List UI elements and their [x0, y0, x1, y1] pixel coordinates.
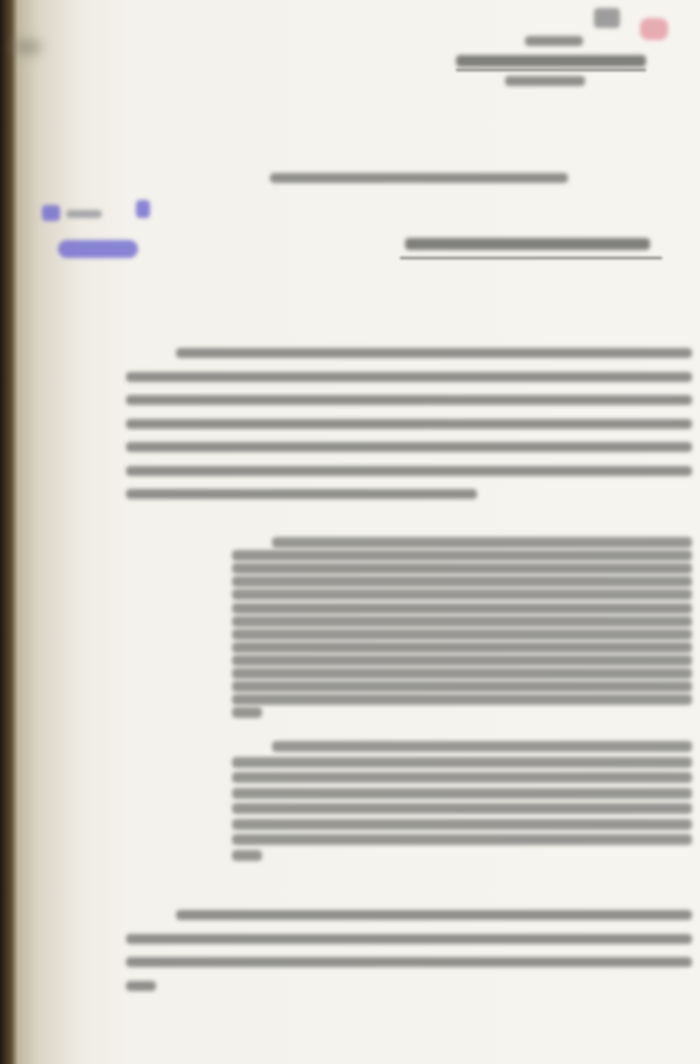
text-line — [126, 372, 692, 382]
text-line — [126, 934, 692, 944]
text-line — [232, 694, 692, 705]
text-line — [232, 772, 692, 783]
text-line — [232, 603, 692, 614]
text-line — [232, 788, 692, 799]
header-line-3 — [505, 76, 585, 86]
header-line-2 — [456, 55, 646, 67]
text-line — [232, 629, 692, 640]
header-underline — [456, 69, 646, 71]
text-line — [232, 707, 262, 718]
text-line — [232, 681, 692, 692]
handwriting-stroke-3 — [136, 200, 150, 218]
binding-edge — [0, 0, 18, 1064]
document-title — [405, 238, 650, 250]
text-line — [126, 489, 477, 499]
text-line — [232, 642, 692, 653]
text-line — [232, 655, 692, 666]
binding-smudge — [12, 40, 42, 54]
title-underline — [400, 257, 662, 259]
text-line — [232, 803, 692, 814]
text-line — [232, 589, 692, 600]
handwriting-stroke-1 — [42, 205, 60, 221]
text-line — [232, 563, 692, 574]
text-line — [126, 395, 692, 405]
text-line — [176, 910, 692, 920]
page-number-mark — [594, 8, 620, 28]
text-line — [232, 616, 692, 627]
text-line — [272, 741, 692, 752]
text-line — [272, 537, 692, 548]
text-line — [232, 757, 692, 768]
text-line — [232, 850, 262, 861]
text-line — [232, 819, 692, 830]
paper-page — [0, 0, 700, 1064]
text-line — [232, 550, 692, 561]
text-line — [126, 442, 692, 452]
text-line — [126, 466, 692, 476]
text-line — [126, 419, 692, 429]
red-stamp — [640, 18, 668, 40]
handwriting-stroke-2 — [66, 210, 102, 218]
text-line — [232, 576, 692, 587]
handwriting-stroke-4 — [58, 240, 138, 258]
text-line — [232, 834, 692, 845]
text-line — [126, 981, 156, 991]
text-line — [176, 348, 692, 358]
addressee-line — [270, 173, 568, 183]
header-line-1 — [525, 36, 583, 46]
text-line — [126, 957, 692, 967]
text-line — [232, 668, 692, 679]
